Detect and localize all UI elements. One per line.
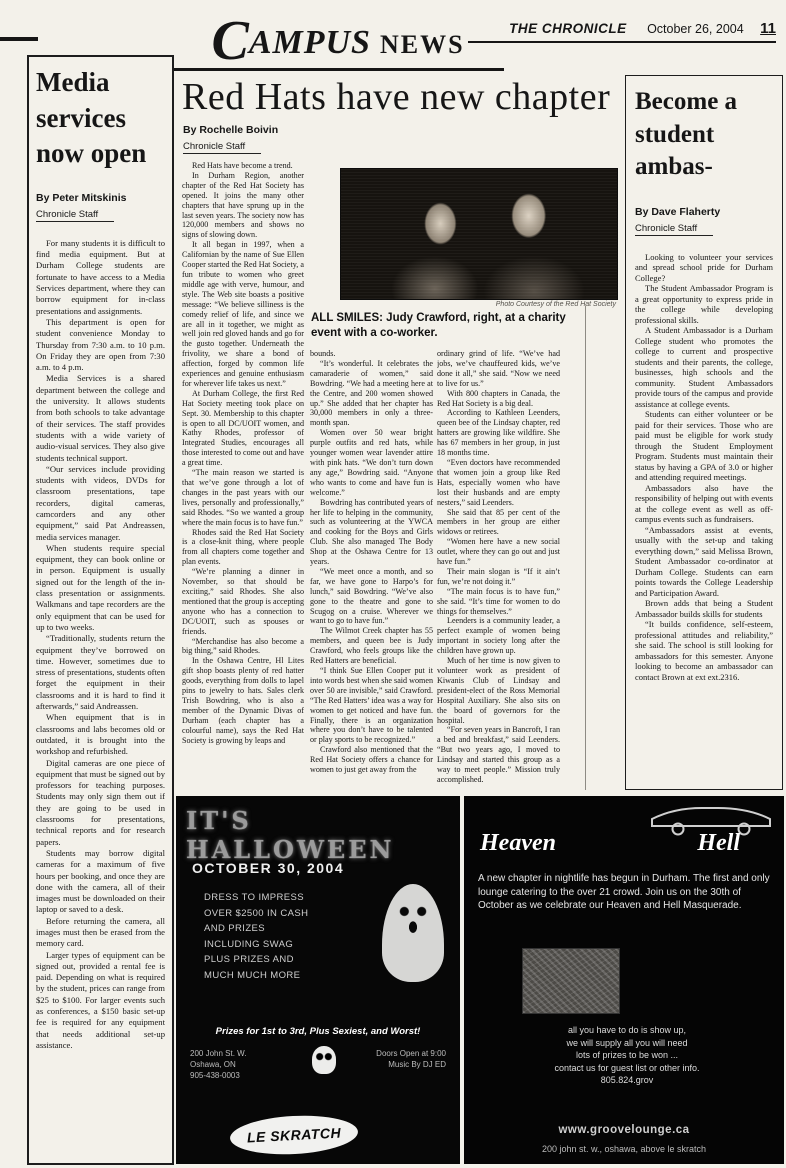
- red-hat-photo: [340, 168, 618, 300]
- paragraph: In Durham Region, another chapter of the…: [182, 171, 304, 240]
- paragraph: Doors Open at 9:00: [376, 1048, 446, 1059]
- paragraph: When students require special equipment,…: [36, 543, 165, 633]
- ad-address: 200 john st. w., oshawa, above le skratc…: [464, 1144, 784, 1154]
- paragraph: “Ambassadors assist at events, usually w…: [635, 525, 773, 599]
- paragraph: “We meet once a month, and so far, we ha…: [310, 567, 433, 626]
- paragraph: Students can either volunteer or be paid…: [635, 409, 773, 483]
- paragraph: “The main focus is to have fun,” she sai…: [437, 587, 560, 617]
- section-title-suffix: NEWS: [380, 30, 465, 59]
- paragraph: Brown adds that being a Student Ambassad…: [635, 598, 773, 619]
- paragraph: MUCH MUCH MORE: [204, 968, 308, 984]
- paragraph: “I think Sue Ellen Cooper put it into wo…: [310, 666, 433, 745]
- ad-event-info: Doors Open at 9:00Music By DJ ED: [376, 1048, 446, 1070]
- paragraph: The Wilmot Creek chapter has 55 members,…: [310, 626, 433, 666]
- byline: By Rochelle Boivin: [183, 124, 278, 136]
- le-skratch-logo: LE SKRATCH: [229, 1113, 359, 1158]
- paragraph: It all began in 1997, when a Californian…: [182, 240, 304, 389]
- paragraph: Digital cameras are one piece of equipme…: [36, 758, 165, 848]
- byline-role: Chronicle Staff: [635, 223, 713, 236]
- masthead: THE CHRONICLE October 26, 2004 11: [468, 20, 776, 43]
- paragraph: Much of her time is now given to volunte…: [437, 656, 560, 725]
- paragraph: In the Oshawa Centre, Hl Lites gift shop…: [182, 656, 304, 745]
- paragraph: 200 John St. W.: [190, 1048, 246, 1059]
- column-divider: [585, 306, 586, 790]
- paragraph: “Traditionally, students return the equi…: [36, 633, 165, 712]
- headline: Become a student ambas-: [635, 86, 773, 184]
- paragraph: “The main reason we started is that we’v…: [182, 468, 304, 527]
- paragraph: The Student Ambassador Program is a grea…: [635, 283, 773, 325]
- headline-red-hats: Red Hats have new chapter: [182, 78, 626, 118]
- paragraph: “Women here have a new social outlet, wh…: [437, 537, 560, 567]
- paragraph: When equipment that is in classrooms and…: [36, 712, 165, 757]
- ad-promo-lines: DRESS TO IMPRESSOVER $2500 IN CASHAND PR…: [204, 890, 308, 983]
- ad-groove-lounge: Heaven Hell A new chapter in nightlife h…: [464, 796, 784, 1164]
- paragraph: DRESS TO IMPRESS: [204, 890, 308, 906]
- paragraph: According to Kathleen Leenders, queen be…: [437, 408, 560, 458]
- paragraph: all you have to do is show up,: [522, 1024, 732, 1037]
- paragraph: “Even doctors have recommended that wome…: [437, 458, 560, 508]
- paragraph: “Our services include providing students…: [36, 464, 165, 543]
- paragraph: Media Services is a shared department be…: [36, 373, 165, 463]
- ad-photo: [522, 948, 620, 1014]
- article-column-1: Red Hats have become a trend.In Durham R…: [182, 161, 304, 790]
- paragraph: Leenders is a community leader, a perfec…: [437, 616, 560, 656]
- paragraph: Larger types of equipment can be signed …: [36, 950, 165, 1052]
- paragraph: Looking to volunteer your services and s…: [635, 252, 773, 284]
- paragraph: Bowdring has contributed years of her li…: [310, 498, 433, 567]
- paragraph: contact us for guest list or other info.: [522, 1062, 732, 1075]
- ad-ghost-title: IT'S HALLOWEEN: [186, 806, 450, 864]
- paragraph: At Durham College, the first Red Hat Soc…: [182, 389, 304, 468]
- article-body: For many students it is difficult to fin…: [36, 238, 165, 1051]
- paragraph: Red Hats have become a trend.: [182, 161, 304, 171]
- ad-date: OCTOBER 30, 2004: [192, 860, 344, 876]
- paragraph: She said that 85 per cent of the members…: [437, 508, 560, 538]
- paragraph: Oshawa, ON: [190, 1059, 246, 1070]
- ad-website: www.groovelounge.ca: [464, 1124, 784, 1136]
- paragraph: “We’re planning a dinner in November, so…: [182, 567, 304, 636]
- paragraph: Ambassadors also have the responsibility…: [635, 483, 773, 525]
- paragraph: “It’s wonderful. It celebrates the camar…: [310, 359, 433, 428]
- paragraph: A Student Ambassador is a Durham College…: [635, 325, 773, 409]
- photo-caption: ALL SMILES: Judy Crawford, right, at a c…: [311, 311, 583, 341]
- scan-edge-mark: [0, 37, 38, 41]
- paragraph: Their main slogan is “If it ain’t fun, w…: [437, 567, 560, 587]
- skull-icon: [312, 1046, 336, 1074]
- ad-intro-text: A new chapter in nightlife has begun in …: [478, 872, 772, 913]
- paragraph: 905-438-0003: [190, 1070, 246, 1081]
- issue-date: October 26, 2004: [647, 22, 744, 36]
- paragraph: “For seven years in Bancroft, I ran a be…: [437, 725, 560, 784]
- ad-promo-lines: all you have to do is show up,we will su…: [522, 1024, 732, 1087]
- paragraph: Crawford also mentioned that the Red Hat…: [310, 745, 433, 775]
- ad-prizes-line: Prizes for 1st to 3rd, Plus Sexiest, and…: [184, 1026, 452, 1037]
- ad-title-heaven: Heaven: [480, 830, 556, 857]
- ad-venue-address: 200 John St. W.Oshawa, ON905-438-0003: [190, 1048, 246, 1081]
- byline: By Peter Mitskinis: [36, 192, 165, 204]
- paragraph: bounds.: [310, 349, 433, 359]
- article-student-ambassador: Become a student ambas- By Dave Flaherty…: [625, 75, 783, 790]
- article-column-3: ordinary grind of life. “We’ve had jobs,…: [437, 349, 560, 790]
- paragraph: 805.824.grov: [522, 1074, 732, 1087]
- paragraph: “Merchandise has also become a big thing…: [182, 637, 304, 657]
- page-number: 11: [760, 20, 776, 37]
- ad-le-skratch-halloween: IT'S HALLOWEEN OCTOBER 30, 2004 DRESS TO…: [176, 796, 460, 1164]
- article-media-services: Media services now open By Peter Mitskin…: [27, 55, 174, 1165]
- headline: Media services now open: [36, 65, 165, 172]
- paragraph: Music By DJ ED: [376, 1059, 446, 1070]
- paragraph: Rhodes said the Red Hat Society is a clo…: [182, 528, 304, 568]
- paragraph: PLUS PRIZES AND: [204, 952, 308, 968]
- paragraph: Women over 50 wear bright purple outfits…: [310, 428, 433, 497]
- section-title-rest: AMPUS: [249, 24, 371, 61]
- paragraph: Students may borrow digital cameras for …: [36, 848, 165, 916]
- byline: By Dave Flaherty: [635, 206, 773, 218]
- photo-credit: Photo Courtesy of the Red Hat Society: [380, 301, 616, 308]
- paragraph: OVER $2500 IN CASH: [204, 906, 308, 922]
- paper-name: THE CHRONICLE: [509, 21, 627, 36]
- paragraph: INCLUDING SWAG: [204, 937, 308, 953]
- ad-title-hell: Hell: [697, 830, 740, 857]
- paragraph: For many students it is difficult to fin…: [36, 238, 165, 317]
- byline-role: Chronicle Staff: [183, 141, 261, 154]
- section-banner: CAMPUSNEWS: [172, 14, 504, 71]
- ghost-icon: [382, 884, 444, 982]
- paragraph: we will supply all you will need: [522, 1037, 732, 1050]
- paragraph: AND PRIZES: [204, 921, 308, 937]
- article-column-2: bounds.“It’s wonderful. It celebrates th…: [310, 349, 433, 790]
- paragraph: “It builds confidence, self-esteem, prof…: [635, 619, 773, 682]
- section-title-initial: C: [211, 10, 248, 72]
- paragraph: Before returning the camera, all images …: [36, 916, 165, 950]
- paragraph: With 800 chapters in Canada, the Red Hat…: [437, 389, 560, 409]
- paragraph: lots of prizes to be won ...: [522, 1049, 732, 1062]
- byline-role: Chronicle Staff: [36, 209, 114, 222]
- paragraph: This department is open for student conv…: [36, 317, 165, 373]
- article-body: Looking to volunteer your services and s…: [635, 252, 773, 683]
- paragraph: ordinary grind of life. “We’ve had jobs,…: [437, 349, 560, 389]
